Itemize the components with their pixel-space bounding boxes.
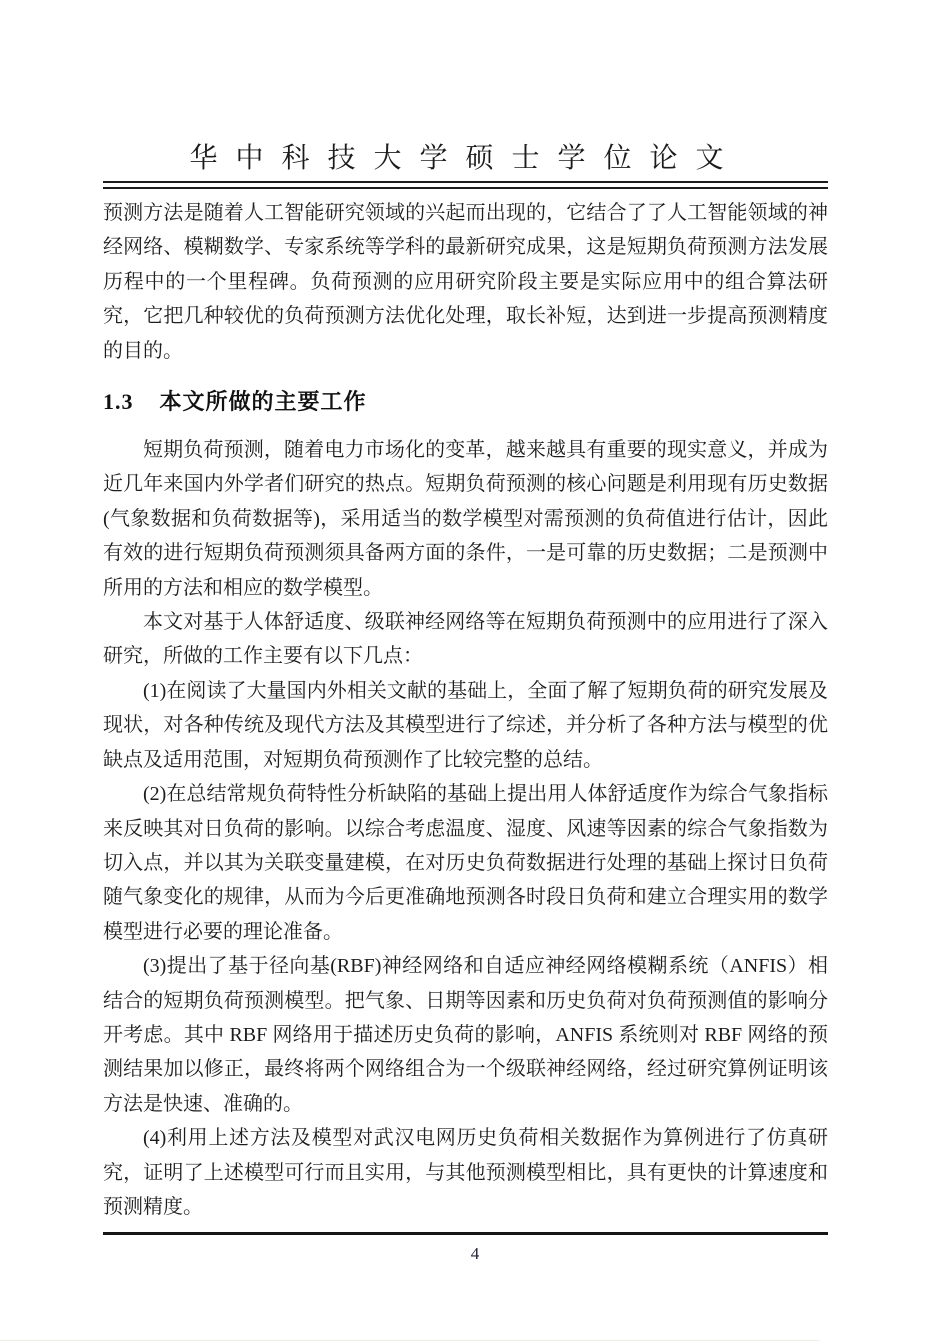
thesis-page: 华中科技大学硕士学位论文 预测方法是随着人工智能研究领域的兴起而出现的，它结合了… <box>0 0 950 1344</box>
section-title: 本文所做的主要工作 <box>160 389 367 414</box>
section-heading: 1.3本文所做的主要工作 <box>103 387 828 417</box>
footer-rule <box>103 1232 828 1235</box>
body-paragraph: (2)在总结常规负荷特性分析缺陷的基础上提出用人体舒适度作为综合气象指标来反映其… <box>103 777 828 949</box>
body-paragraph: (1)在阅读了大量国内外相关文献的基础上，全面了解了短期负荷的研究发展及现状，对… <box>103 674 828 777</box>
page-body: 预测方法是随着人工智能研究领域的兴起而出现的，它结合了了人工智能领域的神经网络、… <box>103 196 828 1224</box>
body-paragraph: 短期负荷预测，随着电力市场化的变革，越来越具有重要的现实意义，并成为近几年来国内… <box>103 433 828 605</box>
running-head: 华中科技大学硕士学位论文 <box>103 136 828 176</box>
body-paragraph: 预测方法是随着人工智能研究领域的兴起而出现的，它结合了了人工智能领域的神经网络、… <box>103 196 828 368</box>
body-paragraph: 本文对基于人体舒适度、级联神经网络等在短期负荷预测中的应用进行了深入研究，所做的… <box>103 605 828 674</box>
running-head-title: 华中科技大学硕士学位论文 <box>189 143 741 174</box>
header-double-rule <box>103 181 828 189</box>
scan-artifact-line <box>0 1340 820 1341</box>
body-paragraph: (3)提出了基于径向基(RBF)神经网络和自适应神经网络模糊系统（ANFIS）相… <box>103 949 828 1121</box>
body-paragraph: (4)利用上述方法及模型对武汉电网历史负荷相关数据作为算例进行了仿真研究，证明了… <box>103 1121 828 1224</box>
page-number: 4 <box>0 1244 950 1264</box>
section-number: 1.3 <box>103 389 134 414</box>
